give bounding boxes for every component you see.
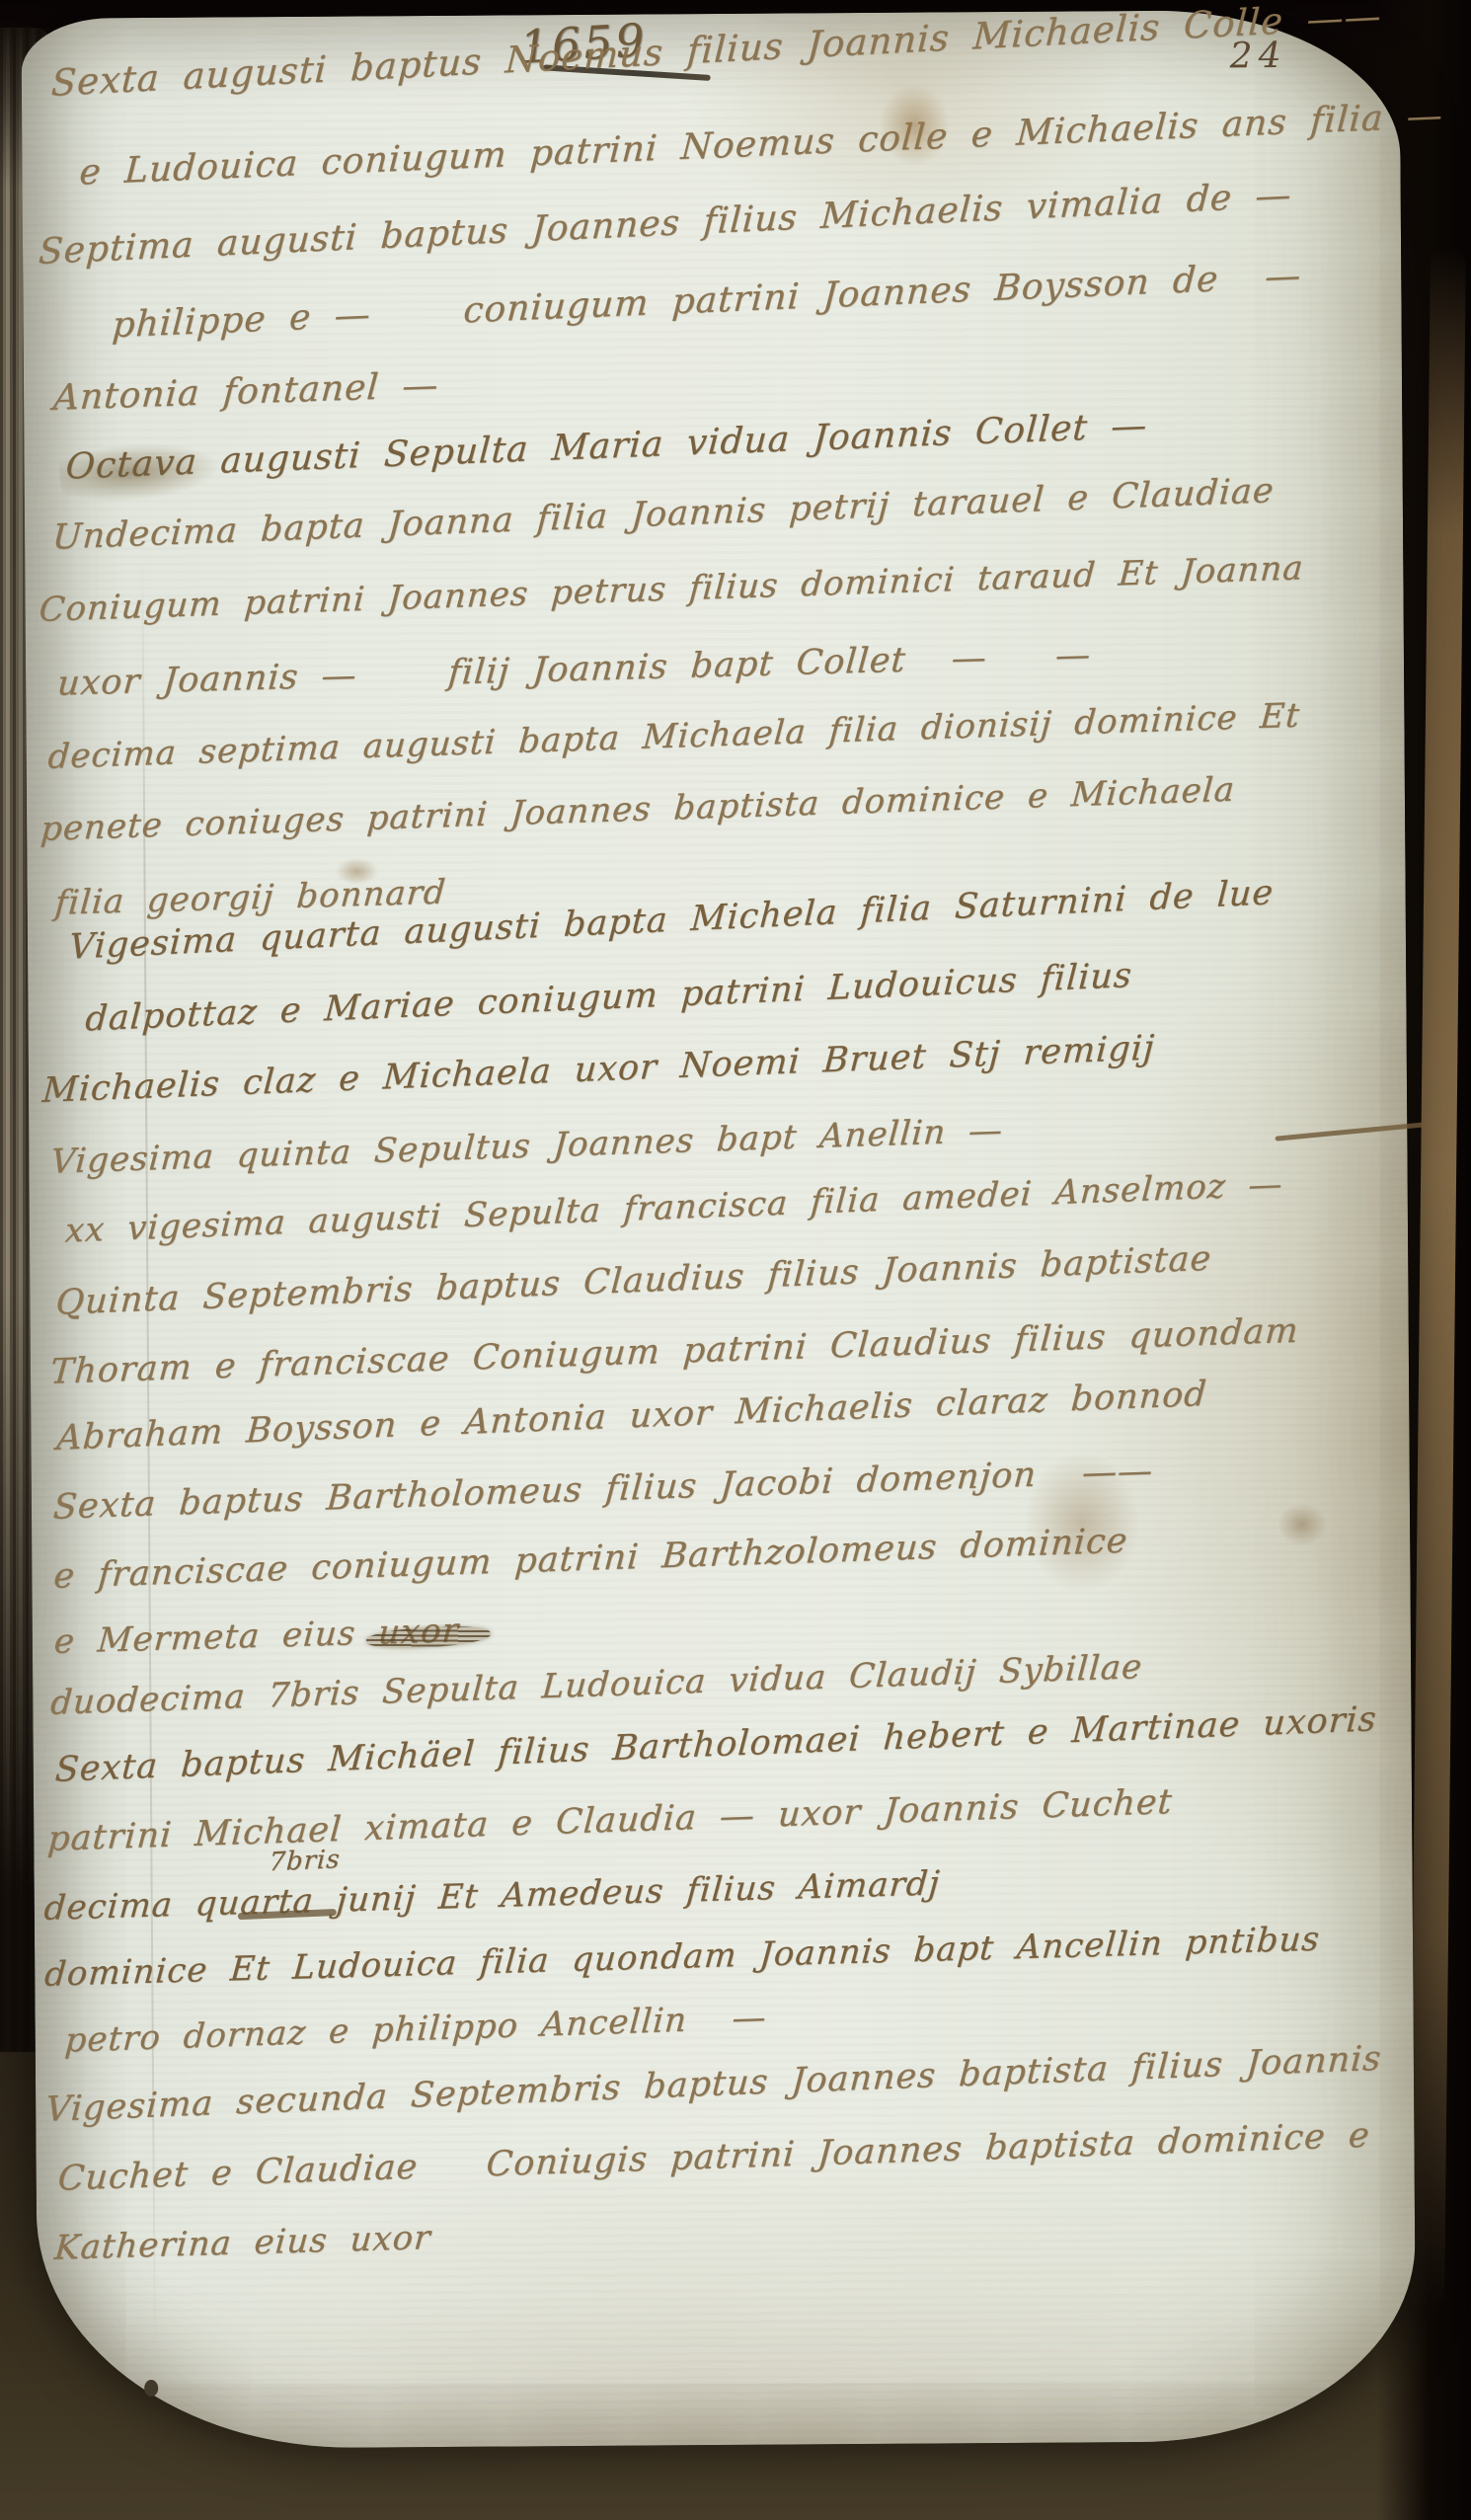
manuscript-lines: Sexta augusti baptus Noemus filius Joann… — [21, 9, 1399, 19]
manuscript-line: Sexta augusti baptus Noemus filius Joann… — [50, 0, 1383, 105]
paper-stain — [1277, 1503, 1327, 1546]
ink-blot — [58, 438, 220, 506]
manuscript-line: petro dornaz e philippo Ancellin — — [63, 1998, 768, 2061]
manuscript-line: Octava augusti Sepulta Maria vidua Joann… — [64, 405, 1148, 487]
photo-canvas: 1659 24 Sexta augusti baptus Noemus fili… — [0, 0, 1471, 2520]
manuscript-line: Coniugum patrini Joannes petrus filius d… — [38, 548, 1305, 630]
manuscript-line: duodecima 7bris Sepulta Ludouica vidua C… — [49, 1647, 1144, 1723]
manuscript-line: Undecima bapta Joanna filia Joannis petr… — [51, 471, 1276, 558]
manuscript-line: philippe e — coniugum patrini Joannes Bo… — [111, 256, 1302, 347]
manuscript-page: 1659 24 Sexta augusti baptus Noemus fili… — [21, 9, 1416, 2450]
manuscript-line: patrini Michael ximata e Claudia — uxor … — [46, 1782, 1174, 1859]
manuscript-line: Septima augusti baptus Joannes filius Mi… — [38, 175, 1293, 273]
manuscript-line: uxor Joannis — filij Joannis bapt Collet… — [56, 635, 1093, 703]
manuscript-line: Quinta Septembris baptus Claudius filius… — [54, 1239, 1212, 1323]
manuscript-line: Katherina eius uxor — [53, 2218, 432, 2268]
manuscript-line: decima septima augusti bapta Michaela fi… — [46, 696, 1301, 777]
manuscript-line: e franciscae coniugum patrini Barthzolom… — [52, 1522, 1129, 1597]
manuscript-line: dominice Et Ludouica filia quondam Joann… — [43, 1920, 1322, 1995]
paper-speck — [144, 2380, 158, 2397]
next-page-edge — [1409, 247, 1466, 2311]
manuscript-line: xx vigesima augusti Sepulta francisca fi… — [64, 1164, 1284, 1251]
manuscript-line: penete coniuges patrini Joannes baptista… — [39, 770, 1237, 849]
manuscript-line: Vigesima quinta Sepultus Joannes bapt An… — [49, 1111, 1004, 1182]
manuscript-line: dalpottaz e Mariae coniugum patrini Ludo… — [84, 956, 1133, 1040]
manuscript-line: Michaelis claz e Michaela uxor Noemi Bru… — [41, 1028, 1156, 1110]
manuscript-line: Cuchet e Claudiae Coniugis patrini Joann… — [56, 2116, 1371, 2199]
manuscript-line: 7bris — [269, 1845, 342, 1877]
ink-underline — [1275, 1122, 1425, 1141]
manuscript-line: Antonia fontanel — — [52, 365, 440, 419]
manuscript-line: decima quarta junij Et Amedeus filius Ai… — [42, 1863, 941, 1928]
manuscript-line: Abraham Boysson e Antonia uxor Michaelis… — [55, 1375, 1208, 1458]
manuscript-line: Sexta baptus Bartholomeus filius Jacobi … — [52, 1452, 1155, 1528]
